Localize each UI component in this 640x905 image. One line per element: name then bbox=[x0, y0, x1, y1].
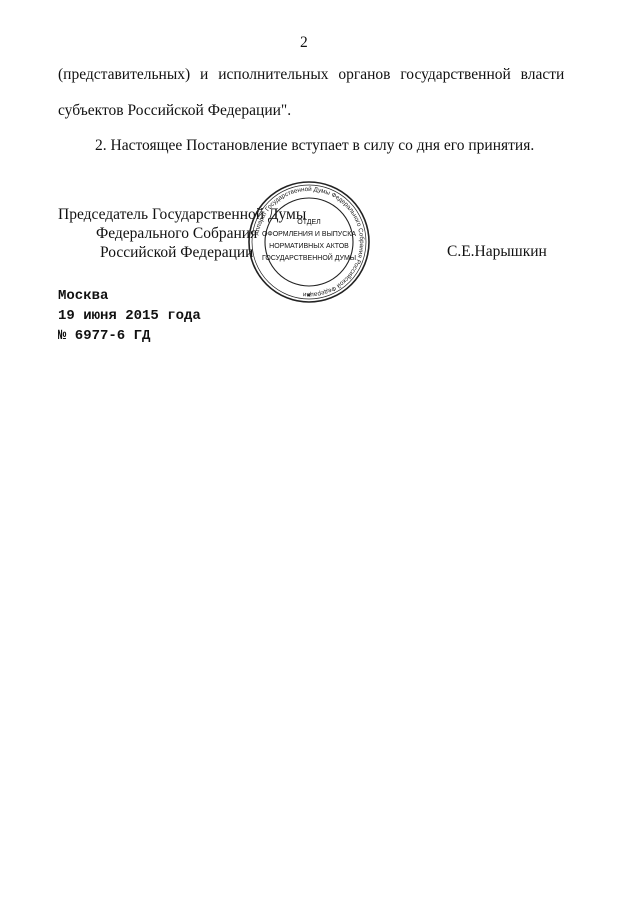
body-line-1: (представительных) и исполнительных орга… bbox=[58, 66, 543, 84]
page-number: 2 bbox=[300, 34, 308, 52]
svg-text:★: ★ bbox=[306, 292, 311, 299]
stamp-line-2: ОФОРМЛЕНИЯ И ВЫПУСКА bbox=[247, 230, 371, 239]
footer-city: Москва bbox=[58, 288, 108, 304]
signature-title-line-2: Федерального Собрания bbox=[96, 225, 257, 243]
footer-number: № 6977-6 ГД bbox=[58, 328, 150, 344]
stamp-line-4: ГОСУДАРСТВЕННОЙ ДУМЫ bbox=[247, 254, 371, 263]
body-line-2: субъектов Российской Федерации". bbox=[58, 102, 291, 120]
stamp-line-1: ОТДЕЛ bbox=[247, 218, 371, 227]
official-stamp: Аппарат Государственной Думы Федеральног… bbox=[247, 180, 371, 304]
footer-date: 19 июня 2015 года bbox=[58, 308, 201, 324]
body-paragraph-2: 2. Настоящее Постановление вступает в си… bbox=[95, 137, 534, 155]
signatory-name: С.Е.Нарышкин bbox=[447, 243, 547, 261]
stamp-line-3: НОРМАТИВНЫХ АКТОВ bbox=[247, 242, 371, 251]
signature-title-line-3: Российской Федерации bbox=[100, 244, 253, 262]
